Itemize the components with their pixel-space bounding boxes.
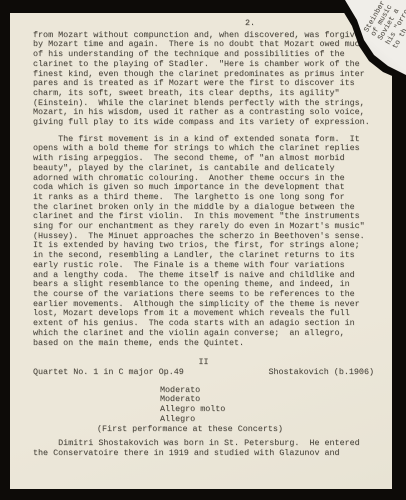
premiere-note: (First performance at these Concerts) (97, 425, 374, 435)
paragraph-mozart-quintet: from Mozart without compunction and, whe… (33, 31, 374, 128)
composer-name: Shostakovich (b.1906) (268, 368, 374, 378)
paragraph-shostakovich-biography: Dimitri Shostakovich was born in St. Pet… (33, 439, 374, 458)
work-title: Quartet No. 1 in C major Op.49 (33, 368, 184, 378)
movement-list: Moderato Moderato Allegro molto Allegro (160, 386, 374, 425)
scanned-document-photo: 2. from Mozart without compunction and, … (0, 0, 406, 500)
work-header-row: Quartet No. 1 in C major Op.49 Shostakov… (33, 368, 374, 378)
paragraph-first-movement: The first movement is in a kind of exten… (33, 135, 374, 348)
overlapping-page-text-fragment: Steinber of music Soviet a his "orro to … (363, 0, 406, 51)
programme-page: 2. from Mozart without compunction and, … (10, 13, 392, 489)
